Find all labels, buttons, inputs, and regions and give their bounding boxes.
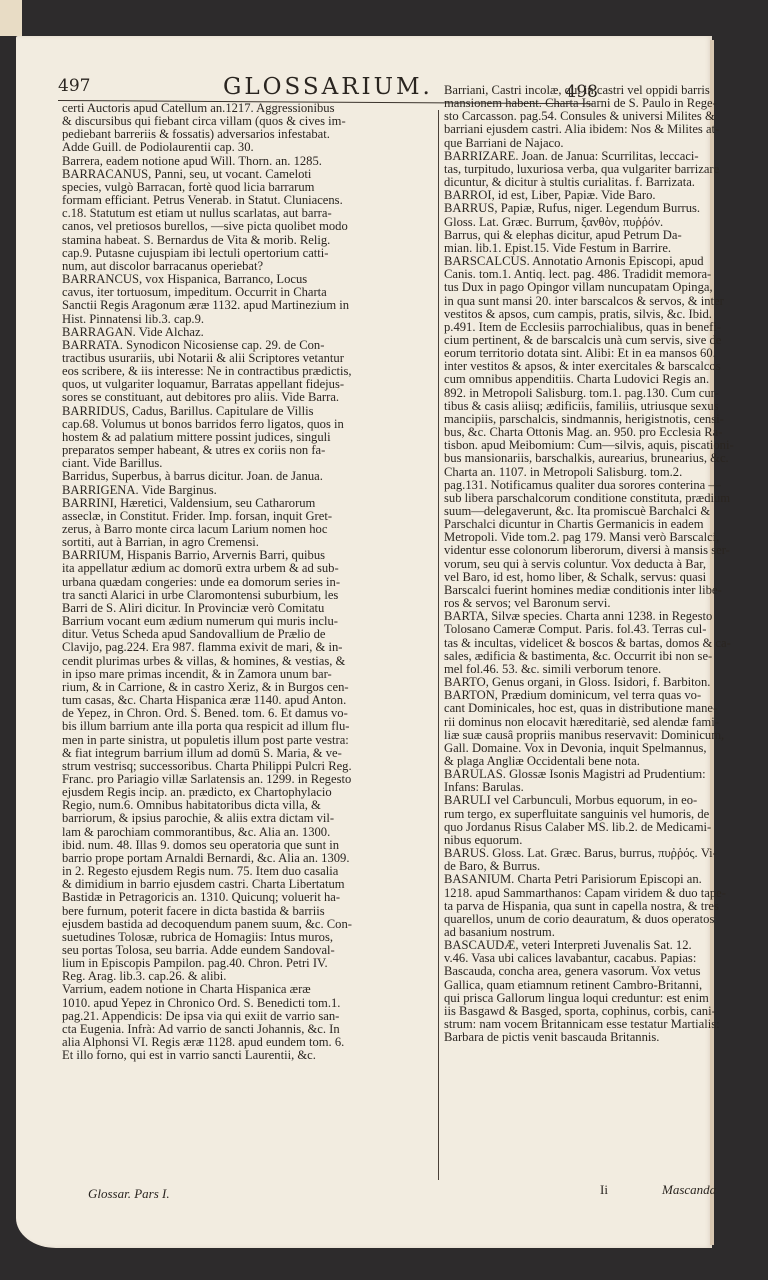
text-line: quo Jordanus Risus Calaber MS. lib.2. de…: [444, 821, 742, 834]
text-line: pag.21. Appendicis: De ipsa via qui exii…: [62, 1010, 434, 1023]
text-line: iis Basgawd & Basged, sporta, cophinus, …: [444, 1005, 742, 1018]
text-line: mancipiis, parschalcis, sindmannis, heri…: [444, 413, 742, 426]
text-line: Varrium, eadem notione in Charta Hispani…: [62, 983, 434, 996]
text-line: tum casas, &c. Charta Hispanica æræ 1140…: [62, 694, 434, 707]
text-line: videntur esse colonorum liberorum, diver…: [444, 544, 742, 557]
text-line: ejusdem bastida ad decoquendum panem suu…: [62, 918, 434, 931]
text-line: in 2. Regesto ejusdem Regis num. 75. Ite…: [62, 865, 434, 878]
text-line: BARRAGAN. Vide Alchaz.: [62, 326, 434, 339]
text-line: BARTON, Prædium dominicum, vel terra qua…: [444, 689, 742, 702]
right-column: Barriani, Castri incolæ, qui in castri v…: [444, 84, 742, 1044]
text-line: barrio prope portam Arnaldi Bernardi, &c…: [62, 852, 434, 865]
text-line: BARRIDUS, Cadus, Barillus. Capitulare de…: [62, 405, 434, 418]
text-line: zerus, à Barro monte circa lacum Larium …: [62, 523, 434, 536]
text-line: eos scribere, & iis interesse: Ne in con…: [62, 365, 434, 378]
text-line: Gallica, quam etiamnum retinent Cambro-B…: [444, 979, 742, 992]
text-line: BARTO, Genus organi, in Gloss. Isidori, …: [444, 676, 742, 689]
text-line: Barrium vocant eum ædium numerum qui mur…: [62, 615, 434, 628]
text-line: strum vestrisq; successoribus. Charta Ph…: [62, 760, 434, 773]
text-line: tra sancti Alarici in urbe Claromontensi…: [62, 589, 434, 602]
text-line: suum—delegaverunt, &c. Ita promiscuè Bar…: [444, 505, 742, 518]
text-line: pediebant barreriis & fossatis) adversar…: [62, 128, 434, 141]
text-line: bere furnum, poterit facere in dicta bas…: [62, 905, 434, 918]
text-line: BARRANCUS, vox Hispanica, Barranco, Locu…: [62, 273, 434, 286]
text-line: nibus equorum.: [444, 834, 742, 847]
text-line: seu portas Tolosa, seu barria. Adde eund…: [62, 944, 434, 957]
text-line: BARRIZARE. Joan. de Janua: Scurrilitas, …: [444, 150, 742, 163]
text-line: num, aut discolor barracanus operiebat?: [62, 260, 434, 273]
text-line: Barriani, Castri incolæ, qui in castri v…: [444, 84, 742, 97]
text-line: Clavijo, pag.224. Era 987. flamma exivit…: [62, 641, 434, 654]
text-line: bus, &c. Charta Ottonis Mag. an. 950. pr…: [444, 426, 742, 439]
text-line: & plaga Angliæ Occidentali bene nota.: [444, 755, 742, 768]
text-line: mansionem habent. Charta Isarni de S. Pa…: [444, 97, 742, 110]
text-line: Hist. Pinnatensi lib.3. cap.9.: [62, 313, 434, 326]
text-line: Et illo forno, qui est in varrio sancti …: [62, 1049, 434, 1062]
text-line: Tolosano Cameræ Comput. Paris. fol.43. T…: [444, 623, 742, 636]
text-line: rum tergo, ex superfluitate sanguinis ve…: [444, 808, 742, 821]
text-line: bus mansionariis, barschalkis, aurearius…: [444, 452, 742, 465]
text-line: BASANIUM. Charta Petri Parisiorum Episco…: [444, 873, 742, 886]
text-line: cap.9. Putasne cujuspiam ibi lectuli ope…: [62, 247, 434, 260]
text-line: ad basanium nostrum.: [444, 926, 742, 939]
signature-mark: Ii: [600, 1182, 608, 1198]
background-surface: [0, 1248, 768, 1280]
text-line: & fiat integrum barrium illum ad domū S.…: [62, 747, 434, 760]
previous-page-edge: [0, 0, 22, 36]
text-line: p.491. Item de Ecclesiis parrochialibus,…: [444, 321, 742, 334]
text-line: tisbon. apud Meibomium: Cum—silvis, aqui…: [444, 439, 742, 452]
text-line: ibid. num. 48. Illas 9. domos seu operat…: [62, 839, 434, 852]
text-line: BARROI, id est, Liber, Papiæ. Vide Baro.: [444, 189, 742, 202]
text-line: tus Dux in pago Opingor villam nuncupata…: [444, 281, 742, 294]
text-line: Canis. tom.1. Antiq. lect. pag. 486. Tra…: [444, 268, 742, 281]
text-line: BARRUS, Papiæ, Rufus, niger. Legendum Bu…: [444, 202, 742, 215]
text-line: liæ suæ causâ propriis manibus reservavi…: [444, 729, 742, 742]
text-line: 892. in Metropoli Salisburg. tom.1. pag.…: [444, 387, 742, 400]
text-line: preparatos semper habeant, & utres ex co…: [62, 444, 434, 457]
text-line: quarellos, unum de corio deauratum, & du…: [444, 913, 742, 926]
text-line: tractibus usurariis, ubi Notarii & alii …: [62, 352, 434, 365]
text-line: sortiti, aut à Barrian, in agro Cremensi…: [62, 536, 434, 549]
text-line: Infans: Barulas.: [444, 781, 742, 794]
text-line: mel fol.46. 53. &c. simili verborum teno…: [444, 663, 742, 676]
text-line: BARRATA. Synodicon Nicosiense cap. 29. d…: [62, 339, 434, 352]
text-line: Bascauda, concha area, genera vasorum. V…: [444, 965, 742, 978]
text-line: BARRIGENA. Vide Barginus.: [62, 484, 434, 497]
text-line: lium in Episcopis Pampilon. pag.40. Chro…: [62, 957, 434, 970]
text-line: Barri de S. Aliri dicitur. In Provinciæ …: [62, 602, 434, 615]
text-line: cta Eugenia. Infrà: Ad varrio de sancti …: [62, 1023, 434, 1036]
text-line: BARRIUM, Hispanis Barrio, Arvernis Barri…: [62, 549, 434, 562]
text-line: ciant. Vide Barillus.: [62, 457, 434, 470]
text-line: inter vestitos & apsos, & inter exercita…: [444, 360, 742, 373]
text-line: dicuntur, & dicitur à stultis curialitas…: [444, 176, 742, 189]
text-line: in ipso mare primas incendit, & in Zamor…: [62, 668, 434, 681]
text-line: Bastidæ in Petragoricis an. 1310. Quicun…: [62, 891, 434, 904]
text-line: Regio, num.6. Omnibus habitatoribus dict…: [62, 799, 434, 812]
text-line: quos, ut vulgariter loquamur, Barratas a…: [62, 378, 434, 391]
text-line: pag.131. Notificamus qualiter dua sorore…: [444, 479, 742, 492]
text-line: sto Carcasson. pag.54. Consules & univer…: [444, 110, 742, 123]
text-line: vestitos & apsos, cum campis, pratis, si…: [444, 308, 742, 321]
text-line: c.18. Statutum est etiam ut nullus scarl…: [62, 207, 434, 220]
text-line: rii dominus non elocavit hæreditariè, se…: [444, 716, 742, 729]
text-line: rium, & in Carrione, & in castro Xeriz, …: [62, 681, 434, 694]
text-line: cum omnibus appenditiis. Charta Ludovici…: [444, 373, 742, 386]
text-line: 1010. apud Yepez in Chronico Ord. S. Ben…: [62, 997, 434, 1010]
text-line: ejusdem Regis incip. an. prædicto, ex Ch…: [62, 786, 434, 799]
text-line: & discursibus qui fiebant circa villam (…: [62, 115, 434, 128]
page-number-left: 497: [58, 76, 90, 96]
text-line: urbana quædam congeries: unde ea domorum…: [62, 576, 434, 589]
text-line: ta parva de Hispania, qua sunt in capell…: [444, 900, 742, 913]
text-line: sores se constituant, aut debitores pro …: [62, 391, 434, 404]
text-line: men in parte sinistra, ut populetis illu…: [62, 734, 434, 747]
text-line: BARRACANUS, Panni, seu, ut vocant. Camel…: [62, 168, 434, 181]
text-line: lam & parochiam commorantibus, &c. Alia …: [62, 826, 434, 839]
catchword: Mascanda: [662, 1182, 716, 1198]
text-line: suetudines Tolosæ, rubrica de Homagiis: …: [62, 931, 434, 944]
text-line: barriani ejusdem castri. Alia ibidem: No…: [444, 123, 742, 136]
text-line: Barbara de pictis venit bascauda Britann…: [444, 1031, 742, 1044]
text-line: Franc. pro Pariagio villæ Sarlatensis an…: [62, 773, 434, 786]
text-line: cant Dominicales, hoc est, quas in distr…: [444, 702, 742, 715]
text-line: Charta an. 1107. in Metropoli Salisburg.…: [444, 466, 742, 479]
text-line: stamina habeat. S. Bernardus de Vita & m…: [62, 234, 434, 247]
column-divider: [438, 110, 439, 1180]
text-line: eorum territorio dotata sint. Alibi: Et …: [444, 347, 742, 360]
text-line: Barridus, Superbus, à barrus dicitur. Jo…: [62, 470, 434, 483]
text-line: Gloss. Lat. Græc. Burrum, ξανθὸν, πυῤῥόν…: [444, 216, 742, 229]
text-line: que Barriani de Najaco.: [444, 137, 742, 150]
text-line: sub libera parschalcorum conditione cons…: [444, 492, 742, 505]
text-line: BARTA, Silvæ species. Charta anni 1238. …: [444, 610, 742, 623]
text-line: BARULI vel Carbunculi, Morbus equorum, i…: [444, 794, 742, 807]
text-line: Sanctii Regis Aragonum æræ 1132. apud Ma…: [62, 299, 434, 312]
text-line: species, vulgò Barracan, fortè quod lici…: [62, 181, 434, 194]
text-line: vel Baro, id est, homo liber, & Schalk, …: [444, 571, 742, 584]
text-line: cavus, iter tortuosum, impeditum. Occurr…: [62, 286, 434, 299]
text-line: BARSCALCUS. Annotatio Arnonis Episcopi, …: [444, 255, 742, 268]
text-line: BARRINI, Hæretici, Valdensium, seu Catha…: [62, 497, 434, 510]
text-line: asseclæ, in Constitut. Frider. Imp. fors…: [62, 510, 434, 523]
text-line: Adde Guill. de Podiolaurentii cap. 30.: [62, 141, 434, 154]
text-line: tas & incultas, videlicet & boscos & bar…: [444, 637, 742, 650]
text-line: & dimidium in barrio ejusdem castri. Cha…: [62, 878, 434, 891]
text-line: BARULAS. Glossæ Isonis Magistri ad Prude…: [444, 768, 742, 781]
text-line: Gall. Domaine. Vox in Devonia, inquit Sp…: [444, 742, 742, 755]
text-line: Reg. Arag. lib.3. cap.26. & alibi.: [62, 970, 434, 983]
text-line: BASCAUDÆ, veteri Interpreti Juvenalis Sa…: [444, 939, 742, 952]
text-line: cap.68. Volumus ut bonos barridos ferro …: [62, 418, 434, 431]
text-line: tibus & casis aliisq; ædificiis, familii…: [444, 400, 742, 413]
text-line: bis illum barrium ante illa porta qua re…: [62, 720, 434, 733]
text-line: Barrus, qui & elephas dicitur, apud Petr…: [444, 229, 742, 242]
text-line: Metropoli. Vide tom.2. pag 179. Mansi ve…: [444, 531, 742, 544]
text-line: Barscalci fuerint homines mediæ conditio…: [444, 584, 742, 597]
text-line: barriorum, & ipsius parochie, & aliis ex…: [62, 812, 434, 825]
signature-note: Glossar. Pars I.: [88, 1186, 170, 1202]
text-line: vorum, seu qui à servis coluntur. Vox de…: [444, 558, 742, 571]
text-line: de Yepez, in Chron. Ord. S. Bened. tom. …: [62, 707, 434, 720]
text-line: in qua sunt mansi 20. inter barscalcos &…: [444, 295, 742, 308]
text-line: strum: nam vocem Britannicam esse testat…: [444, 1018, 742, 1031]
text-line: cendit plurimas urbes & villas, & homine…: [62, 655, 434, 668]
text-line: ros & servos; vel Baronum servi.: [444, 597, 742, 610]
text-line: formam efficiant. Petrus Venerab. in Sta…: [62, 194, 434, 207]
text-line: 1218. apud Sammarthanos: Capam viridem &…: [444, 887, 742, 900]
text-line: BARUS. Gloss. Lat. Græc. Barus, burrus, …: [444, 847, 742, 860]
text-line: hostem & ad palatium mittere possint jud…: [62, 431, 434, 444]
text-line: ditur. Vetus Scheda apud Sandovallium de…: [62, 628, 434, 641]
text-line: qui prisca Gallorum lingua loqui credunt…: [444, 992, 742, 1005]
text-line: mian. lib.1. Epist.15. Vide Festum in Ba…: [444, 242, 742, 255]
left-column: certi Auctoris apud Catellum an.1217. Ag…: [62, 102, 434, 1062]
text-line: alia Alphonsi VI. Regis æræ 1128. apud e…: [62, 1036, 434, 1049]
text-line: canos, vel pretiosos burellos, —sive pic…: [62, 220, 434, 233]
text-line: sales, ædificia & bastimenta, &c. Occurr…: [444, 650, 742, 663]
text-line: Barrera, eadem notione apud Will. Thorn.…: [62, 155, 434, 168]
text-line: tas, turpitudo, luxuriosa verba, qua vul…: [444, 163, 742, 176]
running-title: GLOSSARIUM.: [223, 74, 433, 100]
text-line: certi Auctoris apud Catellum an.1217. Ag…: [62, 102, 434, 115]
text-line: de Baro, & Burrus.: [444, 860, 742, 873]
text-line: Parschalci dicuntur in Chartis Germanici…: [444, 518, 742, 531]
text-line: ita appellatur ædium ac domorū extra urb…: [62, 562, 434, 575]
text-line: cium pertinent, & de barscalcis unà cum …: [444, 334, 742, 347]
text-line: v.46. Vasa ubi calices lavabantur, cacab…: [444, 952, 742, 965]
